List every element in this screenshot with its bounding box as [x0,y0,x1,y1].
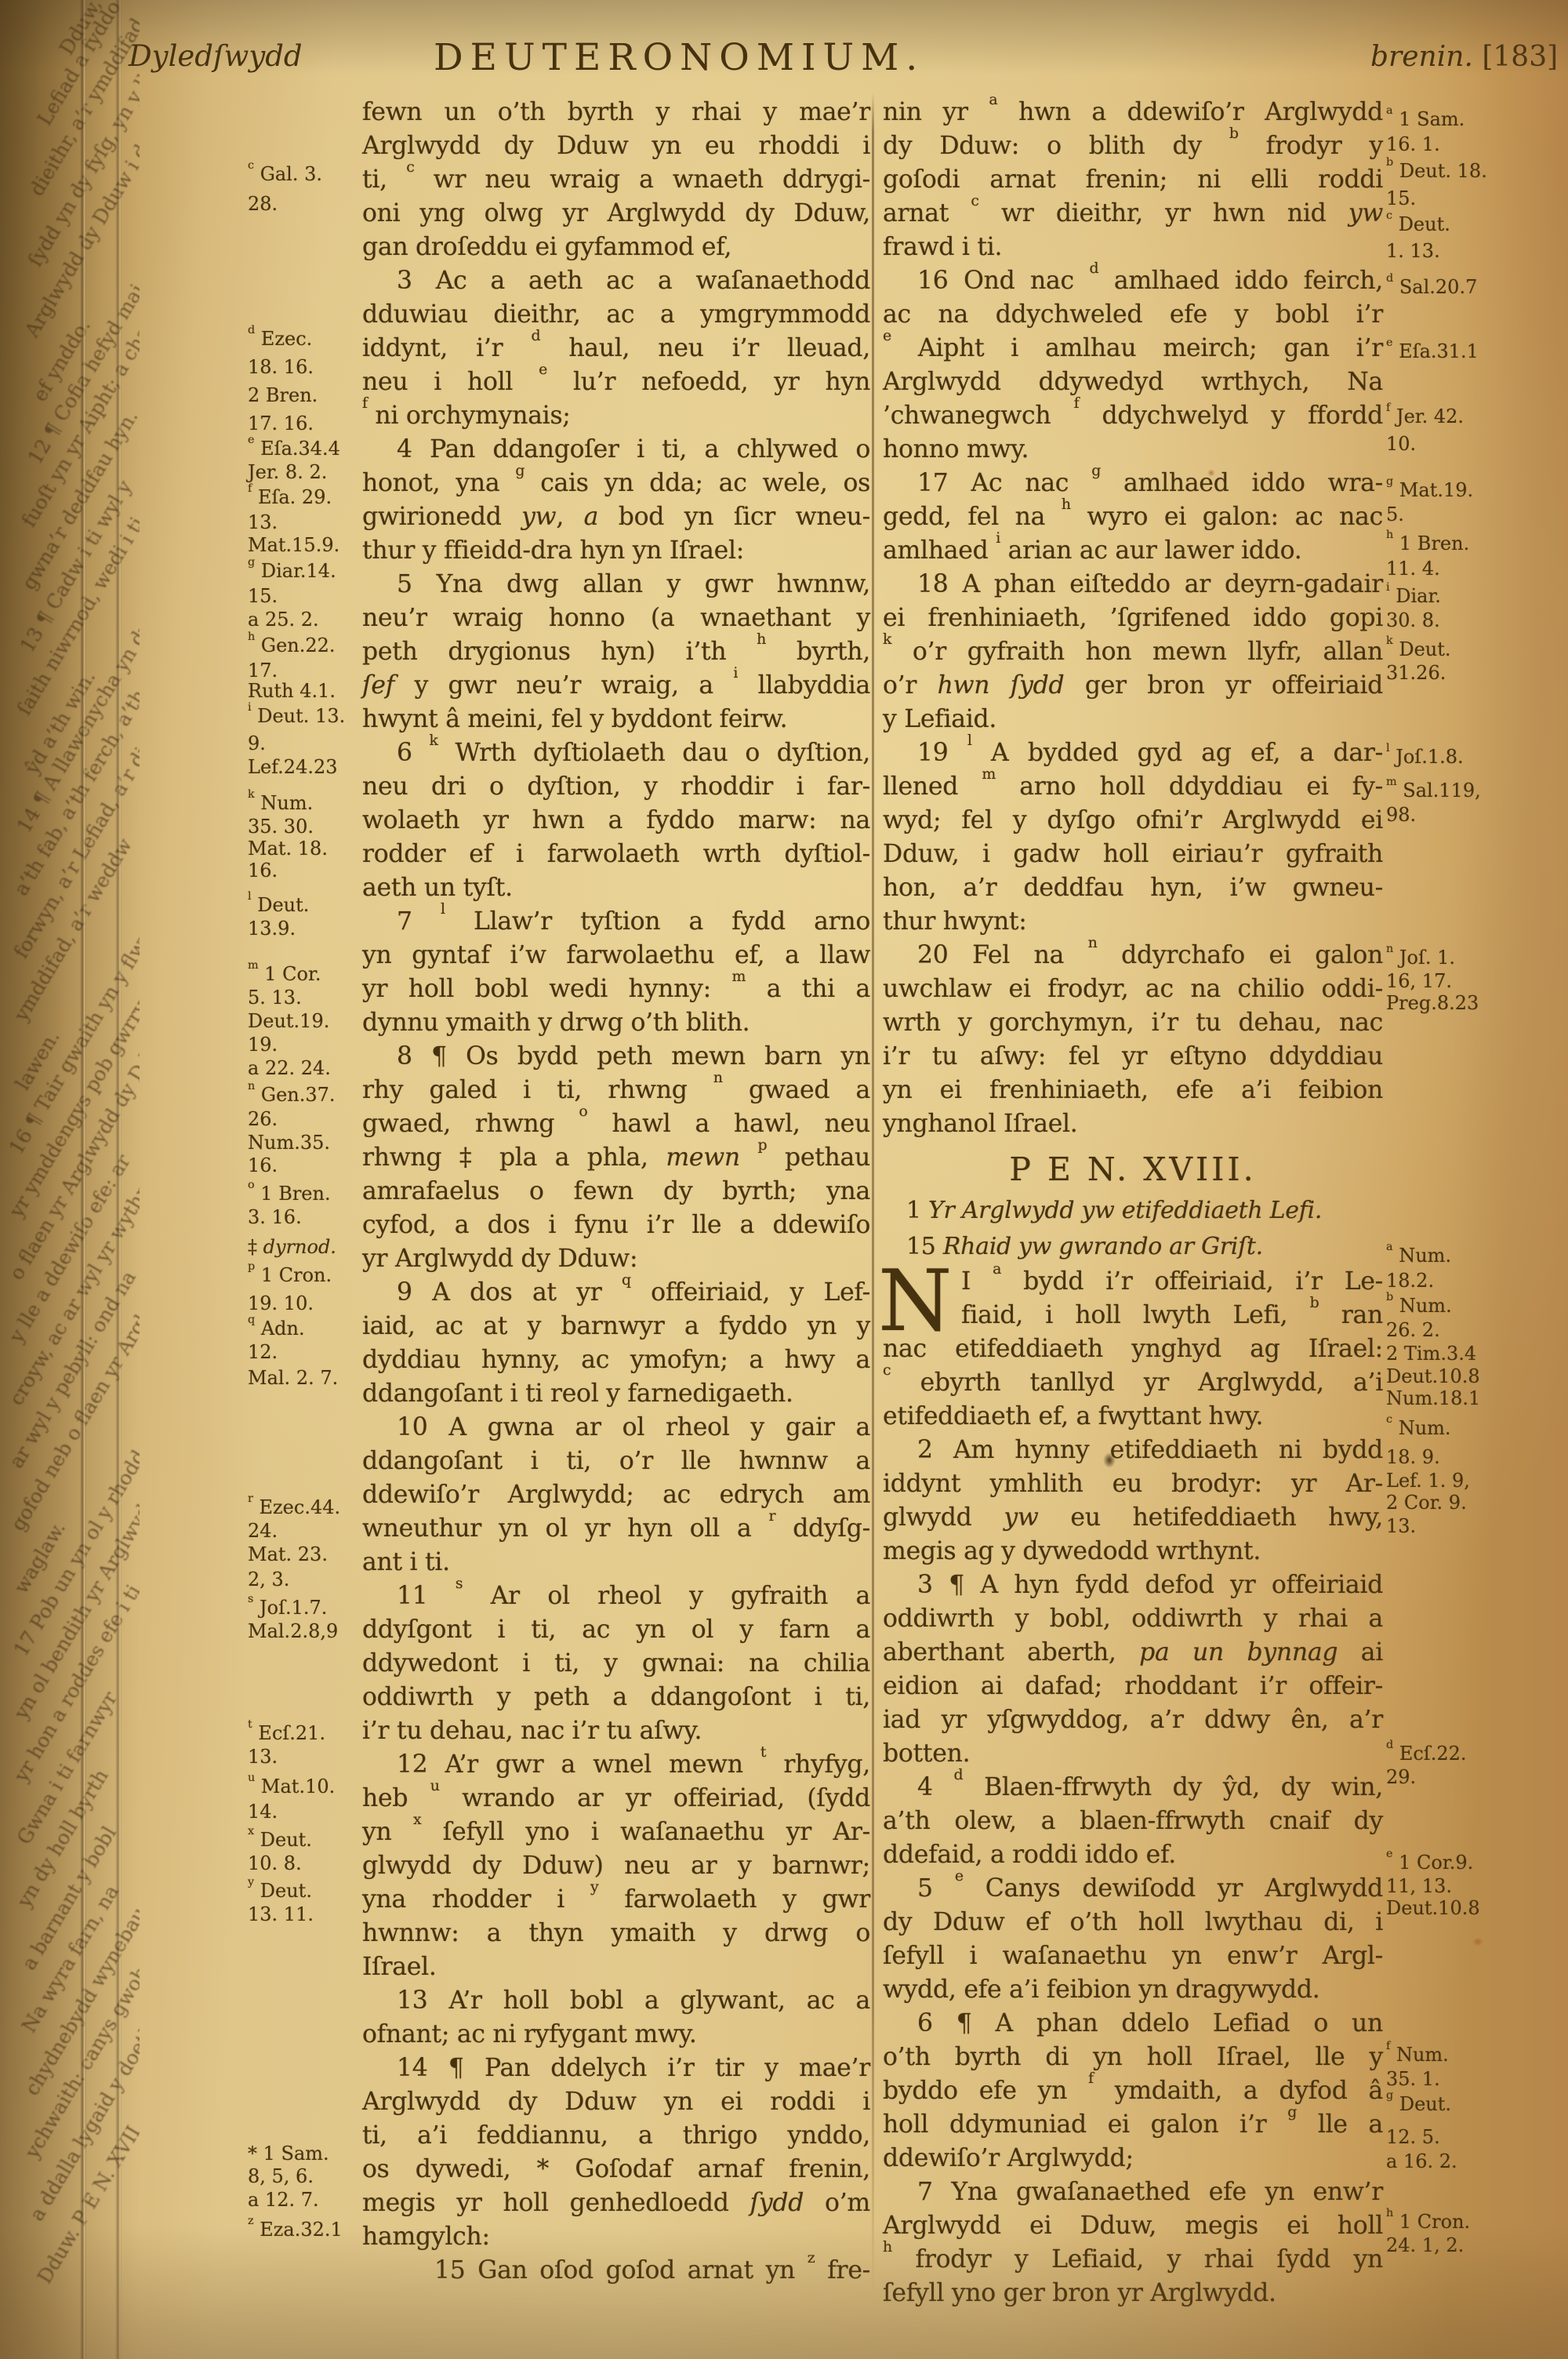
margin-reference: 15. [248,587,278,605]
text-line: f ni orchymynais; [362,399,870,433]
margin-reference: 26. [248,1110,278,1129]
text-line: iad yr yſgwyddog, a’r ddwy ên, a’r [883,1703,1383,1737]
margin-reference: a 25. 2. [248,610,319,629]
text-line: Arglwydd dy Dduw yn eu rhoddi i [362,129,870,163]
margin-reference: i Diar. [1386,587,1441,605]
margin-reference: 17. 16. [248,414,314,433]
text-line: ſef y gwr neu’r wraig, a i llabyddia [362,669,870,703]
text-line: thur hwynt: [883,905,1383,939]
margin-reference: Mal.2.8,9 [248,1622,338,1641]
text-line: 7 l Llaw’r tyſtion a fydd arno [362,905,870,939]
text-line: dynnu ymaith y drwg o’th blith. [362,1006,870,1040]
text-line: arnat c wr dieithr, yr hwn nid yw [883,197,1383,231]
page-title: DEUTERONOMIUM. [434,36,924,79]
text-line: ddewiſo’r Arglwydd; [883,2142,1383,2175]
text-line: dduwiau dieithr, ac a ymgrymmodd [362,298,870,332]
margin-reference: d Ezec. [248,329,312,348]
text-line: 4 Pan ddangoſer i ti, a chlywed o [362,433,870,467]
text-line: 20 Fel na n ddyrchafo ei galon [883,939,1383,972]
margin-reference: 1. 13. [1386,242,1440,260]
margin-reference: 2 Bren. [248,386,318,405]
right-margin-references: a 1 Sam.16. 1.b Deut. 18.15.c Deut.1. 13… [1386,0,1566,2359]
text-line: aberthant aberth, pa un bynnag ai [883,1636,1383,1670]
text-line: frawd i ti. [883,231,1383,264]
text-line: 5 Yna dwg allan y gwr hwnnw, [362,568,870,602]
text-line: byddo efe yn f ymdaith, a dyfod â [883,2074,1383,2108]
text-line: glwydd dy Dduw) neu ar y barnwr; [362,1849,870,1883]
margin-reference: 12. 5. [1386,2128,1440,2146]
text-line: iddynt, i’r d haul, neu i’r lleuad, [362,332,870,365]
margin-reference: 13.9. [248,919,296,938]
margin-reference: c Gal. 3. [248,165,322,184]
text-line: yr holl bobl wedi hynny: m a thi a [362,972,870,1006]
margin-reference: 24. [248,1521,278,1540]
text-line: oni yng olwg yr Arglwydd dy Dduw, [362,197,870,231]
margin-reference: Ruth 4.1. [248,682,336,700]
text-line: honno mwy. [883,433,1383,467]
margin-reference: u Mat.10. [248,1777,335,1796]
margin-reference: r Ezec.44. [248,1498,340,1517]
margin-reference: a 12. 7. [248,2190,319,2209]
text-line: goſodi arnat frenin; ni elli roddi [883,163,1383,197]
text-line: llened m arno holl ddyddiau ei fy- [883,770,1383,804]
margin-reference: e Eſa.31.1 [1386,342,1479,361]
text-line: ſefyll i waſanaethu yn enw’r Argl- [883,1939,1383,1973]
text-line: dy Dduw: o blith dy b frodyr y [883,129,1383,163]
margin-reference: g Mat.19. [1386,481,1473,500]
text-line: yn ei frenhiniaeth, efe a’i feibion [883,1074,1383,1107]
text-line: 5 e Canys dewiſodd yr Arglwydd [883,1872,1383,1906]
text-line: 13 A’r holl bobl a glywant, ac a [362,1984,870,2018]
text-line: glwydd yw eu hetifeddiaeth hwy, [883,1501,1383,1535]
text-line: neu i holl e lu’r nefoedd, yr hyn [362,365,870,399]
margin-reference: k Num. [248,794,313,812]
text-line: neu’r wraig honno (a wnaethant y [362,602,870,635]
margin-reference: 16. 1. [1386,135,1440,154]
text-line: 6 k Wrth dyſtiolaeth dau o dyſtion, [362,736,870,770]
margin-reference: Deut.10.8 [1386,1899,1480,1917]
margin-reference: s Joſ.1.7. [248,1598,327,1617]
margin-reference: Mat.15.9. [248,536,339,554]
text-line: megis ag y dywedodd wrthynt. [883,1535,1383,1568]
text-line: ac na ddychweled efe y bobl i’r [883,298,1383,332]
text-line: c ebyrth tanllyd yr Arglwydd, a’i [883,1366,1383,1400]
text-line: 18 A phan eiſteddo ar deyrn-gadair [883,568,1383,602]
text-line: oddiwrth y bobl, oddiwrth y rhai a [883,1602,1383,1636]
text-line: I a bydd i’r offeiriaid, i’r Le- [883,1265,1383,1299]
margin-reference: f Num. [1386,2045,1449,2064]
text-line: ant i ti. [362,1546,870,1579]
margin-reference: d Sal.20.7 [1386,278,1477,296]
text-line: amlhaed i arian ac aur lawer iddo. [883,534,1383,568]
margin-reference: 13. [1386,1517,1416,1536]
text-line: ſefyll yno ger bron yr Arglwydd. [883,2277,1383,2310]
text-line: os dywedi, * Goſodaf arnaf frenin, [362,2153,870,2186]
text-line: y Lefiaid. [883,703,1383,736]
margin-reference: Preg.8.23 [1386,994,1479,1012]
margin-reference: f Eſa. 29. [248,488,332,507]
text-line: 1 Yr Arglwydd yw etifeddiaeth Lefi. [883,1193,1383,1229]
text-line: Dduw, i gadw holl eiriau’r gyfraith [883,838,1383,871]
margin-reference: l Joſ.1.8. [1386,747,1464,766]
text-line: 4 d Blaen-ffrwyth dy ŷd, dy win, [883,1771,1383,1805]
margin-reference: 30. 8. [1386,611,1440,630]
margin-reference: 19. 10. [248,1294,314,1313]
margin-reference: 31.26. [1386,663,1446,682]
margin-reference: Num.18.1 [1386,1389,1480,1408]
text-line: yn x ſefyll yno i waſanaethu yr Ar- [362,1816,870,1849]
text-line: gan droſeddu ei gyfammod ef, [362,231,870,264]
text-line: ddyſgont i ti, ac yn ol y farn a [362,1613,870,1647]
text-line: gwaed, rhwng o hawl a hawl, neu [362,1107,870,1141]
margin-reference: 35. 1. [1386,2070,1440,2088]
margin-reference: 28. [248,194,278,213]
text-line: ddywedont i ti, y gwnai: na chilia [362,1647,870,1681]
margin-reference: 13. 11. [248,1905,314,1924]
left-margin-references: c Gal. 3.28.d Ezec.18. 16.2 Bren.17. 16.… [248,0,362,2359]
margin-reference: m Sal.119, [1386,781,1481,800]
margin-reference: 11. 4. [1386,559,1440,578]
margin-reference: 26. 2. [1386,1321,1440,1339]
text-line: holl ddymuniad ei galon i’r g lle a [883,2108,1383,2142]
previous-page-edge: Dduw, ti a’thLefiad a fyddo o fewn dy by… [0,0,140,2359]
text-line: peth drygionus hyn) i’th h byrth, [362,635,870,669]
margin-reference: Deut.10.8 [1386,1367,1480,1386]
text-line: hon, a’r deddfau hyn, i’w gwneu- [883,871,1383,905]
margin-reference: o 1 Bren. [248,1184,331,1203]
text-line: ddangoſant i ti, o’r lle hwnnw a [362,1445,870,1478]
text-line: o’r hwn ſydd ger bron yr offeiriaid [883,669,1383,703]
text-line: ofnant; ac ni ryfygant mwy. [362,2018,870,2052]
text-line: rhy galed i ti, rhwng n gwaed a [362,1074,870,1107]
margin-reference: h 1 Bren. [1386,534,1469,553]
margin-reference: 9. [248,734,266,753]
text-column-right: nin yr a hwn a ddewiſo’r Arglwydddy Dduw… [883,96,1383,2346]
margin-reference: a 1 Sam. [1386,110,1465,129]
margin-reference: ‡ dyrnod. [248,1238,336,1256]
text-line: 14 ¶ Pan ddelych i’r tir y mae’r [362,2052,870,2085]
margin-reference: t Ecſ.21. [248,1724,325,1743]
margin-reference: 10. 8. [248,1854,302,1873]
text-line: cyfod, a dos i fynu i’r lle a ddewiſo [362,1209,870,1242]
text-line: dyddiau hynny, ac ymofyn; a hwy a [362,1343,870,1377]
margin-reference: 5. [1386,505,1404,524]
text-line: Arglwydd dy Dduw yn ei roddi i [362,2085,870,2119]
text-line: rodder ef i farwolaeth wrth dyſtiol- [362,838,870,871]
text-line: ei frenhiniaeth, ’ſgrifened iddo gopi [883,602,1383,635]
text-line: ddangoſant i ti reol y farnedigaeth. [362,1377,870,1411]
text-line: eidion ai dafad; rhoddant i’r offeir- [883,1670,1383,1703]
margin-reference: 29. [1386,1768,1416,1787]
text-line: oddiwrth y peth a ddangoſont i ti, [362,1681,870,1714]
text-line: 9 A dos at yr q offeiriaid, y Lef- [362,1276,870,1310]
text-line: 3 ¶ A hyn fydd defod yr offeiriaid [883,1568,1383,1602]
text-line: wrth y gorchymyn, i’r tu dehau, nac [883,1006,1383,1040]
text-line: 11 s Ar ol rheol y gyfraith a [362,1579,870,1613]
margin-reference: l Deut. [248,896,309,914]
text-line: 15 Gan oſod goſod arnat yn z fre- [362,2254,870,2288]
margin-reference: 8, 5, 6. [248,2167,314,2186]
margin-reference: 11, 13. [1386,1877,1452,1896]
margin-reference: z Eza.32.1 [248,2220,343,2239]
column-divider-rule [872,93,874,2296]
margin-reference: h 1 Cron. [1386,2212,1470,2231]
text-line: thur y ffieidd-dra hyn yn Iſrael: [362,534,870,568]
margin-reference: 16. [248,861,278,880]
margin-reference: 13. [248,1747,278,1766]
margin-reference: g Deut. [1386,2095,1451,2114]
margin-reference: Mat. 18. [248,839,328,858]
margin-reference: b Num. [1386,1296,1452,1315]
text-line: Iſrael. [362,1950,870,1984]
text-line: nin yr a hwn a ddewiſo’r Arglwydd [883,96,1383,129]
text-line: 10 A gwna ar ol rheol y gair a [362,1411,870,1445]
margin-reference: y Deut. [248,1881,312,1900]
text-line: yna rhodder i y farwolaeth y gwr [362,1883,870,1917]
text-line: wyd; fel y dyſgo ofni’r Arglwydd ei [883,804,1383,838]
text-line: dy Dduw ef o’th holl lwythau di, i [883,1906,1383,1939]
margin-reference: 12. [248,1343,278,1361]
text-line: k o’r gyfraith hon mewn llyfr, allan [883,635,1383,669]
margin-reference: i Deut. 13. [248,707,345,725]
text-line: i’r tu aſwy: fel yr eſtyno ddyddiau [883,1040,1383,1074]
text-line: 6 ¶ A phan ddelo Lefiad o un [883,2007,1383,2041]
margin-reference: a 22. 24. [248,1059,331,1078]
margin-reference: Mal. 2. 7. [248,1369,338,1387]
text-line: 15 Rhaid yw gwrando ar Griſt. [883,1229,1383,1265]
margin-reference: 18. 16. [248,358,314,376]
text-line: 19 l A bydded gyd ag ef, a dar- [883,736,1383,770]
text-line: heb u wrando ar yr offeiriad, (ſydd [362,1782,870,1816]
margin-reference: Deut.19. [248,1012,329,1030]
margin-reference: 17. [248,661,278,680]
text-line: gwirionedd yw, a bod yn ſicr wneu- [362,500,870,534]
margin-reference: a Num. [1386,1246,1451,1265]
text-line: 8 ¶ Os bydd peth mewn barn yn [362,1040,870,1074]
margin-reference: g Diar.14. [248,562,336,580]
margin-reference: x Deut. [248,1830,312,1849]
margin-reference: 19. [248,1035,278,1054]
margin-reference: p 1 Cron. [248,1266,332,1285]
text-line: ’chwanegwch f ddychwelyd y ffordd [883,399,1383,433]
text-line: ti, a’i feddiannu, a thrigo ynddo, [362,2119,870,2153]
margin-reference: m 1 Cor. [248,965,321,983]
text-line: Arglwydd ddywedyd wrthych, Na [883,365,1383,399]
text-line: 17 Ac nac g amlhaed iddo wra- [883,467,1383,500]
text-column-left: fewn un o’th byrth y rhai y mae’rArglwyd… [362,96,870,2346]
margin-reference: n Joſ. 1. [1386,948,1455,967]
text-line: etifeddiaeth ef, a fwyttant hwy. [883,1400,1383,1434]
margin-reference: 10. [1386,434,1416,453]
text-line: a’th olew, a blaen-ffrwyth cnaif dy [883,1805,1383,1838]
text-line: i’r tu dehau, nac i’r tu aſwy. [362,1714,870,1748]
margin-reference: 5. 13. [248,988,302,1007]
text-line: iaid, ac at y barnwyr a fyddo yn y [362,1310,870,1343]
text-line: gedd, fel na h wyro ei galon: ac nac [883,500,1383,534]
margin-reference: 16, 17. [1386,972,1452,990]
text-line: ti, c wr neu wraig a wnaeth ddrygi- [362,163,870,197]
text-line: 2 Am hynny etifeddiaeth ni bydd [883,1434,1383,1467]
text-line: aeth un tyſt. [362,871,870,905]
text-line: e Aipht i amlhau meirch; gan i’r [883,332,1383,365]
margin-reference: 2 Cor. 9. [1386,1493,1467,1512]
text-line: yr Arglwydd dy Dduw: [362,1242,870,1276]
margin-reference: 14. [248,1802,278,1821]
text-line: rhwng ‡ pla a phla, mewn p pethau [362,1141,870,1175]
text-line: 16 Ond nac d amlhaed iddo feirch, [883,264,1383,298]
margin-reference: f Jer. 42. [1386,407,1464,426]
margin-reference: a 16. 2. [1386,2152,1457,2171]
margin-reference: 13. [248,513,278,532]
margin-reference: n Gen.37. [248,1085,336,1104]
text-line: amrafaelus o fewn dy byrth; yna [362,1175,870,1209]
margin-reference: d Ecſ.22. [1386,1744,1467,1763]
text-line: P E N. XVIII. [883,1141,1383,1193]
text-line: 7 Yna gwaſanaethed efe yn enw’r [883,2175,1383,2209]
text-line: honot, yna g cais yn dda; ac wele, os [362,467,870,500]
margin-reference: 3. 16. [248,1208,302,1227]
margin-reference: Mat. 23. [248,1545,328,1564]
margin-reference: Lef. 1. 9, [1386,1471,1470,1490]
margin-reference: Jer. 8. 2. [248,463,327,482]
margin-reference: Lef.24.23 [248,758,338,776]
text-line: yn gyntaf i’w farwolaethu ef, a llaw [362,939,870,972]
margin-reference: 98. [1386,805,1416,824]
margin-reference: c Num. [1386,1419,1451,1438]
drop-cap: N [878,1267,953,1337]
text-line: uwchlaw ei frodyr, ac na chilio oddi- [883,972,1383,1006]
text-line: wydd, efe a’i feibion yn dragywydd. [883,1973,1383,2007]
margin-reference: e Eſa.34.4 [248,439,340,458]
margin-reference: b Deut. 18. [1386,162,1487,180]
text-line: fewn un o’th byrth y rhai y mae’r [362,96,870,129]
text-line: hwnnw: a thyn ymaith y drwg o [362,1917,870,1950]
text-line: 3 Ac a aeth ac a waſanaethodd [362,264,870,298]
margin-reference: 2 Tim.3.4 [1386,1344,1476,1363]
margin-reference: 24. 1, 2. [1386,2236,1464,2255]
margin-reference: 16. [248,1156,278,1175]
text-line: h frodyr y Lefiaid, y rhai ſydd yn [883,2243,1383,2277]
book-page-scan: Dduw, ti a’thLefiad a fyddo o fewn dy by… [0,0,1568,2359]
margin-reference: e 1 Cor.9. [1386,1853,1473,1872]
margin-reference: 35. 30. [248,817,314,836]
margin-reference: q Adn. [248,1319,305,1338]
text-line: wneuthur yn ol yr hyn oll a r ddyſg- [362,1512,870,1546]
text-line: hamgylch: [362,2220,870,2254]
text-line: nac etifeddiaeth ynghyd ag Iſrael: [883,1332,1383,1366]
margin-reference: 2, 3. [248,1570,289,1589]
text-line: megis yr holl genhedloedd ſydd o’m [362,2186,870,2220]
margin-reference: 15. [1386,189,1416,208]
margin-reference: c Deut. [1386,215,1450,234]
text-line: o’th byrth di yn holl Iſrael, lle y [883,2041,1383,2074]
text-line: hwynt â meini, fel y byddont feirw. [362,703,870,736]
margin-reference: Num.35. [248,1133,330,1152]
text-line: neu dri o dyſtion, y rhoddir i far- [362,770,870,804]
margin-reference: h Gen.22. [248,636,336,655]
text-line: wolaeth yr hwn a fyddo marw: na [362,804,870,838]
text-line: ddewiſo’r Arglwydd; ac edrych am [362,1478,870,1512]
margin-reference: k Deut. [1386,640,1451,659]
margin-reference: 18. 9. [1386,1448,1440,1467]
text-line: fiaid, i holl lwyth Lefi, b ran [883,1299,1383,1332]
text-line: Arglwydd ei Dduw, megis ei holl [883,2209,1383,2243]
text-line: ynghanol Iſrael. [883,1107,1383,1141]
text-line: iddynt ymhlith eu brodyr: yr Ar- [883,1467,1383,1501]
margin-reference: * 1 Sam. [248,2144,329,2163]
margin-reference: 18.2. [1386,1271,1434,1290]
